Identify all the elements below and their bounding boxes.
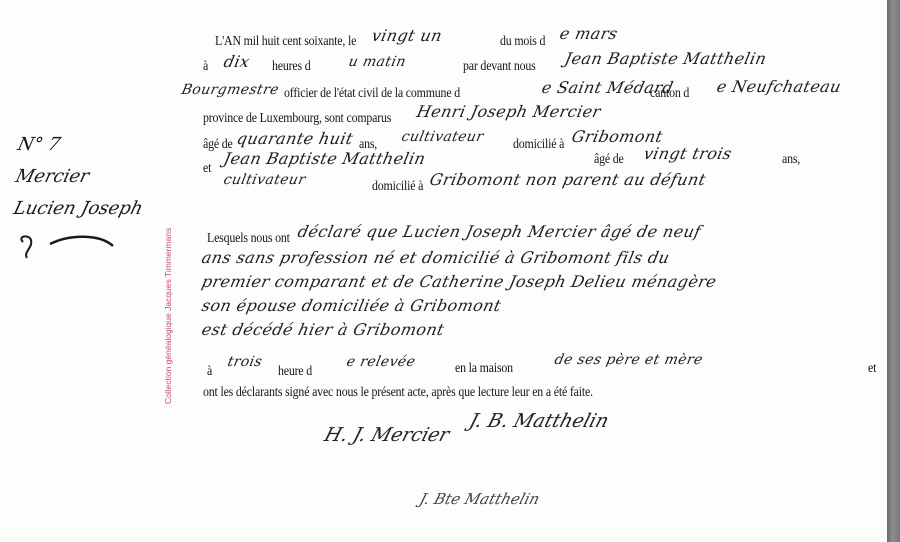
page-edge-binding bbox=[887, 0, 900, 542]
hand-declaration-line3: premier comparant et de Catherine Joseph… bbox=[200, 272, 718, 291]
hand-declaration-line4: son épouse domiciliée à Gribomont bbox=[200, 296, 503, 315]
printed-before-us: par devant nous bbox=[463, 58, 536, 74]
printed-age-label-2: âgé de bbox=[594, 151, 624, 167]
printed-hours-label: heures d bbox=[272, 58, 311, 74]
hand-period: u matin bbox=[347, 54, 407, 70]
margin-given-names: Lucien Joseph bbox=[11, 198, 145, 219]
hand-witness1-occupation: cultivateur bbox=[400, 129, 485, 145]
hand-witness2-domicile: Gribomont non parent au défunt bbox=[428, 170, 708, 189]
hand-death-period: e relevée bbox=[345, 354, 417, 370]
printed-closing-text: ont les déclarants signé avec nous le pr… bbox=[203, 384, 593, 400]
hand-declaration-line2: ans sans profession né et domicilié à Gr… bbox=[200, 248, 672, 267]
hand-witness2-occupation: cultivateur bbox=[222, 172, 307, 188]
hand-witness2-age: vingt trois bbox=[642, 144, 734, 163]
hand-official-name: Jean Baptiste Matthelin bbox=[563, 49, 768, 68]
hand-official-title: Bourgmestre bbox=[180, 82, 281, 98]
signature-mercier: H. J. Mercier bbox=[322, 424, 452, 446]
record-page: N° 7 Mercier Lucien Joseph Collection gé… bbox=[0, 0, 900, 542]
printed-canton-label: canton d bbox=[650, 85, 689, 101]
hand-witness1-name: Henri Joseph Mercier bbox=[415, 102, 603, 121]
printed-at: à bbox=[207, 363, 212, 379]
printed-domicile-label: domicilié à bbox=[513, 136, 564, 152]
printed-officer-text: officier de l'état civil de la commune d bbox=[284, 85, 460, 101]
printed-domicile-label-2: domicilié à bbox=[372, 178, 423, 194]
printed-and-2: et bbox=[868, 360, 876, 376]
printed-province-text: province de Luxembourg, sont comparus bbox=[203, 110, 391, 126]
printed-declared-label: Lesquels nous ont bbox=[207, 230, 290, 246]
hand-month: e mars bbox=[558, 24, 620, 43]
hand-declaration-line5: est décédé hier à Gribomont bbox=[200, 320, 446, 339]
margin-surname: Mercier bbox=[13, 166, 91, 187]
hand-witness1-age: quarante huit bbox=[235, 129, 355, 148]
hand-house: de ses père et mère bbox=[553, 352, 704, 368]
printed-house-label: en la maison bbox=[455, 360, 513, 376]
signature-matthelin-official: J. Bte Matthelin bbox=[417, 490, 541, 508]
collection-watermark: Collection généalogique Jacques Timmerma… bbox=[163, 228, 173, 404]
margin-flourish-icon bbox=[15, 230, 115, 260]
hand-witness2-name: Jean Baptiste Matthelin bbox=[222, 149, 427, 168]
hand-canton: e Neufchateau bbox=[715, 77, 843, 96]
printed-and: et bbox=[203, 160, 211, 176]
hand-hour: dix bbox=[222, 52, 252, 71]
printed-year-text: L'AN mil huit cent soixante, le bbox=[215, 33, 356, 49]
hand-declaration-line1: déclaré que Lucien Joseph Mercier âgé de… bbox=[296, 222, 703, 241]
printed-month-label: du mois d bbox=[500, 33, 545, 49]
hand-day: vingt un bbox=[370, 26, 444, 45]
printed-a: à bbox=[203, 58, 208, 74]
margin-record-number: N° 7 bbox=[15, 134, 62, 155]
hand-death-hour: trois bbox=[226, 354, 264, 370]
signature-matthelin-witness: J. B. Matthelin bbox=[467, 410, 611, 432]
printed-years-label-2: ans, bbox=[782, 151, 800, 167]
printed-hour-label: heure d bbox=[278, 363, 312, 379]
